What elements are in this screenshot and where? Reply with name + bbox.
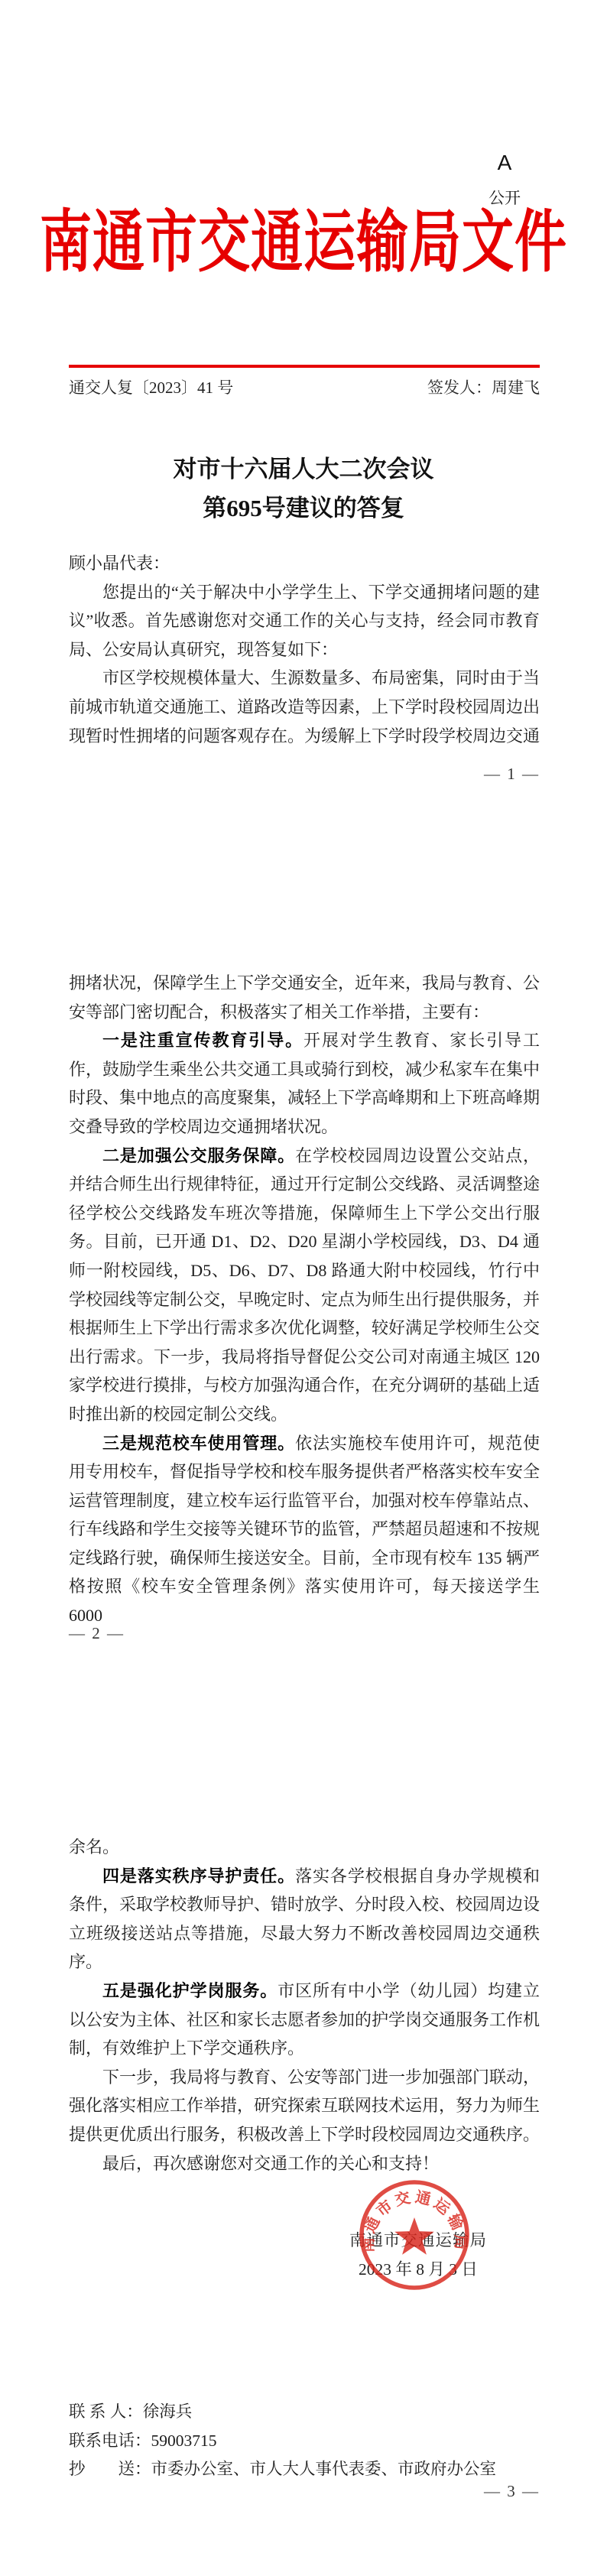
document-info-row: 通交人复〔2023〕41 号 签发人：周建飞: [69, 376, 540, 399]
official-document: A 公开 南通市交通运输局文件 通交人复〔2023〕41 号 签发人：周建飞 对…: [0, 0, 607, 2576]
red-header-banner: 南通市交通运输局文件: [0, 188, 607, 297]
document-title: 对市十六届人大二次会议 第695号建议的答复: [0, 450, 607, 528]
document-number: 通交人复〔2023〕41 号: [69, 376, 233, 399]
signature-organization: 南通市交通运输局: [346, 2227, 491, 2251]
paragraph: 二是加强公交服务保障。在学校校园周边设置公交站点，并结合师生出行规律特征，通过开…: [69, 1142, 540, 1429]
paragraph-text: 顾小晶代表：: [69, 554, 170, 573]
paragraph: 您提出的“关于解决中小学学生上、下学交通拥堵问题的建议”收悉。首先感谢您对交通工…: [69, 578, 540, 664]
paragraph: 一是注重宣传教育引导。开展对学生教育、家长引导工作，鼓励学生乘坐公共交通工具或骑…: [69, 1026, 540, 1141]
paragraph: 三是规范校车使用管理。依法实施校车使用许可，规范使用专用校车，督促指导学校和校车…: [69, 1429, 540, 1630]
page-2-number: — 2 —: [69, 1624, 540, 1643]
page-1-number: — 1 —: [69, 765, 540, 784]
paragraph: 顾小晶代表：: [69, 549, 540, 578]
paragraph-lead: 四是落实秩序导护责任。: [102, 1866, 295, 1886]
paragraph-lead: 五是强化护学岗服务。: [102, 1981, 278, 2000]
paragraph-text: 在学校校园周边设置公交站点，并结合师生出行规律特征，通过开行定制公交线路、灵活调…: [69, 1146, 540, 1424]
paragraph: 最后，再次感谢您对交通工作的关心和支持！: [69, 2149, 540, 2178]
paragraph: 下一步，我局将与教育、公安等部门进一步加强部门联动，强化落实相应工作举措，研究探…: [69, 2063, 540, 2149]
contact-person: 联 系 人：徐海兵: [69, 2398, 540, 2427]
red-divider-line: [69, 365, 540, 368]
signature-date: 2023 年 8 月 3 日: [346, 2256, 491, 2280]
grade-letter: A: [459, 150, 550, 176]
paragraph-text: 市区学校规模体量大、生源数量多、布局密集，同时由于当前城市轨道交通施工、道路改造…: [69, 668, 540, 745]
paragraph: 拥堵状况，保障学生上下学交通安全，近年来，我局与教育、公安等部门密切配合，积极落…: [69, 969, 540, 1026]
paragraph-lead: 二是加强公交服务保障。: [102, 1146, 295, 1165]
page-3-number: — 3 —: [69, 2482, 540, 2501]
paragraph-text: 最后，再次感谢您对交通工作的关心和支持！: [102, 2154, 439, 2173]
paragraph-text: 您提出的“关于解决中小学学生上、下学交通拥堵问题的建议”收悉。首先感谢您对交通工…: [69, 583, 540, 659]
paragraph-text: 余名。: [69, 1837, 119, 1856]
page-2-body: 拥堵状况，保障学生上下学交通安全，近年来，我局与教育、公安等部门密切配合，积极落…: [69, 969, 540, 1630]
signer: 签发人：周建飞: [427, 376, 540, 399]
paragraph-text: 拥堵状况，保障学生上下学交通安全，近年来，我局与教育、公安等部门密切配合，积极落…: [69, 973, 540, 1022]
document-title-line1: 对市十六届人大二次会议: [0, 450, 607, 489]
paragraph: 市区学校规模体量大、生源数量多、布局密集，同时由于当前城市轨道交通施工、道路改造…: [69, 664, 540, 750]
paragraph: 四是落实秩序导护责任。落实各学校根据自身办学规模和条件，采取学校教师导护、错时放…: [69, 1862, 540, 1977]
document-title-line2: 第695号建议的答复: [0, 489, 607, 528]
paragraph-lead: 三是规范校车使用管理。: [102, 1434, 295, 1453]
cc-list: 抄 送：市委办公室、市人大人事代表委、市政府办公室: [69, 2455, 540, 2484]
footer-contact-block: 联 系 人：徐海兵 联系电话：59003715 抄 送：市委办公室、市人大人事代…: [69, 2398, 540, 2484]
paragraph-text: 依法实施校车使用许可，规范使用专用校车，督促指导学校和校车服务提供者严格落实校车…: [69, 1434, 540, 1626]
page-3-body: 余名。四是落实秩序导护责任。落实各学校根据自身办学规模和条件，采取学校教师导护、…: [69, 1833, 540, 2178]
contact-phone: 联系电话：59003715: [69, 2427, 540, 2456]
paragraph: 余名。: [69, 1833, 540, 1862]
page-1-body: 顾小晶代表：您提出的“关于解决中小学学生上、下学交通拥堵问题的建议”收悉。首先感…: [69, 549, 540, 750]
paragraph-text: 下一步，我局将与教育、公安等部门进一步加强部门联动，强化落实相应工作举措，研究探…: [69, 2068, 540, 2144]
paragraph-lead: 一是注重宣传教育引导。: [102, 1031, 303, 1050]
paragraph: 五是强化护学岗服务。市区所有中小学（幼儿园）均建立以公安为主体、社区和家长志愿者…: [69, 1977, 540, 2063]
